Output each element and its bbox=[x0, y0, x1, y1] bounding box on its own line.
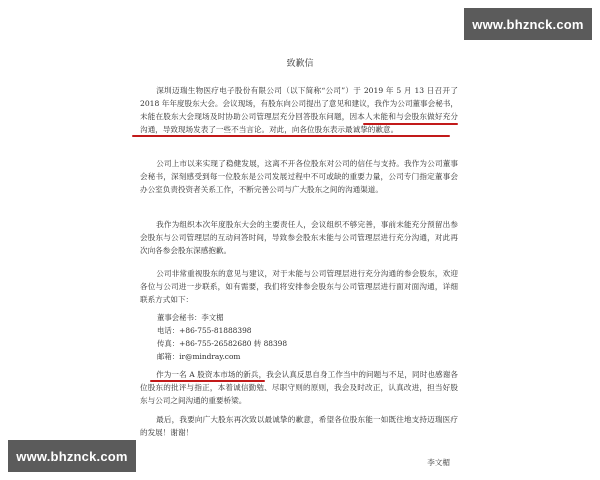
watermark-top: www.bhznck.com bbox=[464, 8, 592, 40]
contact-email: 邮箱：ir@mindray.com bbox=[157, 350, 287, 363]
contact-secretary: 董事会秘书：李文楣 bbox=[157, 311, 287, 324]
paragraph-3: 我作为组织本次年度股东大会的主要责任人，会议组织不够完善，事前未能充分预留出参会… bbox=[140, 218, 458, 257]
paragraph-6: 最后，我要向广大股东再次致以最诚挚的歉意，希望各位股东能一如既往地支持迈瑞医疗的… bbox=[140, 413, 458, 439]
letter-page: 致歉信 深圳迈瑞生物医疗电子股份有限公司（以下简称“公司”）于 2019 年 5… bbox=[130, 38, 470, 448]
signature: 李文楣 bbox=[427, 457, 450, 468]
contact-fax: 传真：+86-755-26582680 转 88398 bbox=[157, 337, 287, 350]
paragraph-2-text: 公司上市以来实现了稳健发展，这离不开各位股东对公司的信任与支持。我作为公司董事会… bbox=[140, 159, 458, 194]
highlight-underline bbox=[363, 123, 458, 125]
letter-title: 致歉信 bbox=[130, 56, 470, 69]
paragraph-5-text: 作为一名 A 股资本市场的新兵，我会认真反思自身工作当中的问题与不足，同时也感谢… bbox=[140, 370, 458, 405]
paragraph-4-text: 公司非常重视股东的意见与建议，对于未能与公司管理层进行充分沟通的参会股东，欢迎各… bbox=[140, 269, 458, 304]
paragraph-2: 公司上市以来实现了稳健发展，这离不开各位股东对公司的信任与支持。我作为公司董事会… bbox=[140, 157, 458, 196]
paragraph-5: 作为一名 A 股资本市场的新兵，我会认真反思自身工作当中的问题与不足，同时也感谢… bbox=[140, 368, 458, 407]
contact-info: 董事会秘书：李文楣 电话：+86-755-81888398 传真：+86-755… bbox=[157, 311, 287, 363]
paragraph-4: 公司非常重视股东的意见与建议，对于未能与公司管理层进行充分沟通的参会股东，欢迎各… bbox=[140, 267, 458, 306]
highlight-underline bbox=[150, 380, 265, 382]
paragraph-1-text: 深圳迈瑞生物医疗电子股份有限公司（以下简称“公司”）于 2019 年 5 月 1… bbox=[140, 86, 458, 134]
paragraph-6-text: 最后，我要向广大股东再次致以最诚挚的歉意，希望各位股东能一如既往地支持迈瑞医疗的… bbox=[140, 415, 458, 437]
highlight-underline bbox=[132, 135, 450, 137]
paragraph-3-text: 我作为组织本次年度股东大会的主要责任人，会议组织不够完善，事前未能充分预留出参会… bbox=[140, 220, 458, 255]
paragraph-1: 深圳迈瑞生物医疗电子股份有限公司（以下简称“公司”）于 2019 年 5 月 1… bbox=[140, 84, 458, 136]
watermark-bottom: www.bhznck.com bbox=[8, 440, 136, 472]
contact-phone: 电话：+86-755-81888398 bbox=[157, 324, 287, 337]
